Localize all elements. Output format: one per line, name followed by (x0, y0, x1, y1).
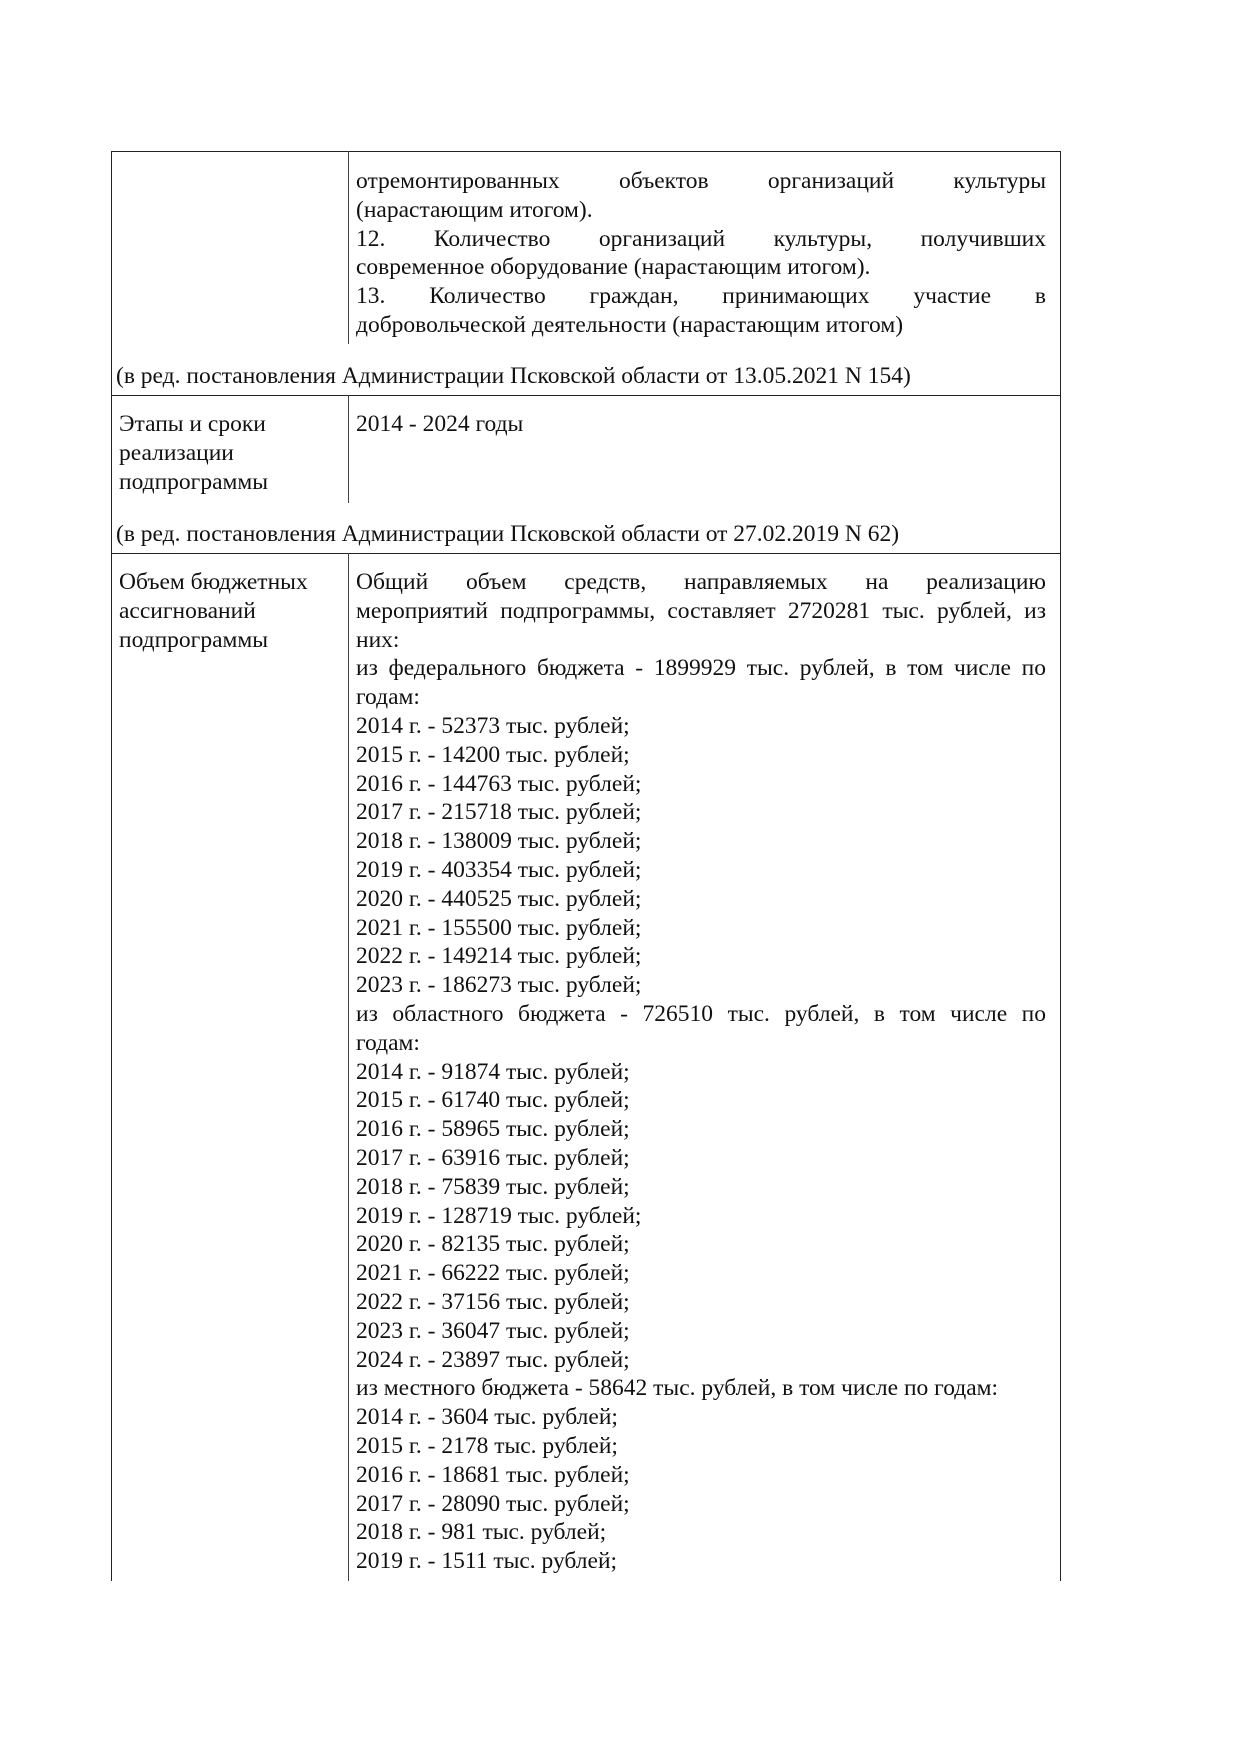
regional-budget-header: годам: (356, 1029, 1046, 1058)
local-budget-year-line: 2019 г. - 1511 тыс. рублей; (356, 1547, 1046, 1576)
local-budget-year-line: 2018 г. - 981 тыс. рублей; (356, 1518, 1046, 1547)
indicator-text-line: (нарастающим итогом). (356, 196, 1046, 225)
label-line: подпрограммы (119, 626, 339, 655)
budget-total-line: мероприятий подпрограммы, составляет 272… (356, 597, 1046, 626)
federal-budget-year-line: 2016 г. - 144763 тыс. рублей; (356, 770, 1046, 799)
budget-total-line: них: (356, 626, 1046, 655)
table-left-border (111, 151, 112, 1581)
local-budget-year-line: 2015 г. - 2178 тыс. рублей; (356, 1432, 1046, 1461)
indicator-text-line: 12. Количество организаций культуры, пол… (356, 225, 1046, 254)
local-budget-header: из местного бюджета - 58642 тыс. рублей,… (356, 1374, 1046, 1403)
federal-budget-year-line: 2019 г. - 403354 тыс. рублей; (356, 856, 1046, 885)
federal-budget-year-line: 2017 г. - 215718 тыс. рублей; (356, 798, 1046, 827)
regional-budget-year-line: 2018 г. - 75839 тыс. рублей; (356, 1173, 1046, 1202)
indicator-text-line: 13. Количество граждан, принимающих учас… (356, 282, 1046, 311)
federal-budget-header: из федерального бюджета - 1899929 тыс. р… (356, 654, 1046, 683)
label-line: подпрограммы (119, 468, 339, 497)
federal-budget-year-line: 2015 г. - 14200 тыс. рублей; (356, 741, 1046, 770)
column-divider (348, 553, 349, 1581)
row-border (111, 553, 1060, 554)
label-line: реализации (119, 439, 339, 468)
regional-budget-year-line: 2020 г. - 82135 тыс. рублей; (356, 1230, 1046, 1259)
regional-budget-year-line: 2017 г. - 63916 тыс. рублей; (356, 1144, 1046, 1173)
row-border (111, 395, 1060, 396)
federal-budget-year-line: 2022 г. - 149214 тыс. рублей; (356, 942, 1046, 971)
budget-value-cell: Общий объем средств, направляемых на реа… (356, 568, 1046, 1576)
budget-label-cell: Объем бюджетных ассигнований подпрограмм… (119, 568, 339, 654)
regional-budget-year-line: 2024 г. - 23897 тыс. рублей; (356, 1346, 1046, 1375)
column-divider (348, 151, 349, 344)
budget-total-line: Общий объем средств, направляемых на реа… (356, 568, 1046, 597)
label-line: Этапы и сроки (119, 410, 339, 439)
regional-budget-year-line: 2015 г. - 61740 тыс. рублей; (356, 1086, 1046, 1115)
edit-note: (в ред. постановления Администрации Пско… (116, 362, 1056, 391)
regional-budget-year-line: 2021 г. - 66222 тыс. рублей; (356, 1259, 1046, 1288)
regional-budget-year-line: 2023 г. - 36047 тыс. рублей; (356, 1317, 1046, 1346)
edit-note: (в ред. постановления Администрации Пско… (116, 520, 1056, 549)
regional-budget-year-line: 2019 г. - 128719 тыс. рублей; (356, 1202, 1046, 1231)
indicator-text-line: отремонтированных объектов организаций к… (356, 167, 1046, 196)
local-budget-year-line: 2014 г. - 3604 тыс. рублей; (356, 1403, 1046, 1432)
label-line: ассигнований (119, 597, 339, 626)
regional-budget-header: из областного бюджета - 726510 тыс. рубл… (356, 1000, 1046, 1029)
federal-budget-year-line: 2018 г. - 138009 тыс. рублей; (356, 827, 1046, 856)
local-budget-year-line: 2016 г. - 18681 тыс. рублей; (356, 1461, 1046, 1490)
table-right-border (1060, 151, 1061, 1581)
regional-budget-year-line: 2016 г. - 58965 тыс. рублей; (356, 1115, 1046, 1144)
federal-budget-year-line: 2014 г. - 52373 тыс. рублей; (356, 712, 1046, 741)
stages-value: 2014 - 2024 годы (356, 410, 1046, 439)
document-page: отремонтированных объектов организаций к… (0, 0, 1240, 1754)
stages-label-cell: Этапы и сроки реализации подпрограммы (119, 410, 339, 496)
regional-budget-year-line: 2014 г. - 91874 тыс. рублей; (356, 1058, 1046, 1087)
column-divider (348, 395, 349, 503)
federal-budget-year-line: 2020 г. - 440525 тыс. рублей; (356, 885, 1046, 914)
federal-budget-year-line: 2023 г. - 186273 тыс. рублей; (356, 971, 1046, 1000)
federal-budget-header: годам: (356, 683, 1046, 712)
indicator-text-line: современное оборудование (нарастающим ит… (356, 253, 1046, 282)
indicators-continuation-cell: отремонтированных объектов организаций к… (356, 167, 1046, 340)
label-line: Объем бюджетных (119, 568, 339, 597)
local-budget-year-line: 2017 г. - 28090 тыс. рублей; (356, 1490, 1046, 1519)
table-top-border (111, 151, 1060, 152)
federal-budget-year-line: 2021 г. - 155500 тыс. рублей; (356, 914, 1046, 943)
regional-budget-year-line: 2022 г. - 37156 тыс. рублей; (356, 1288, 1046, 1317)
indicator-text-line: добровольческой деятельности (нарастающи… (356, 311, 1046, 340)
